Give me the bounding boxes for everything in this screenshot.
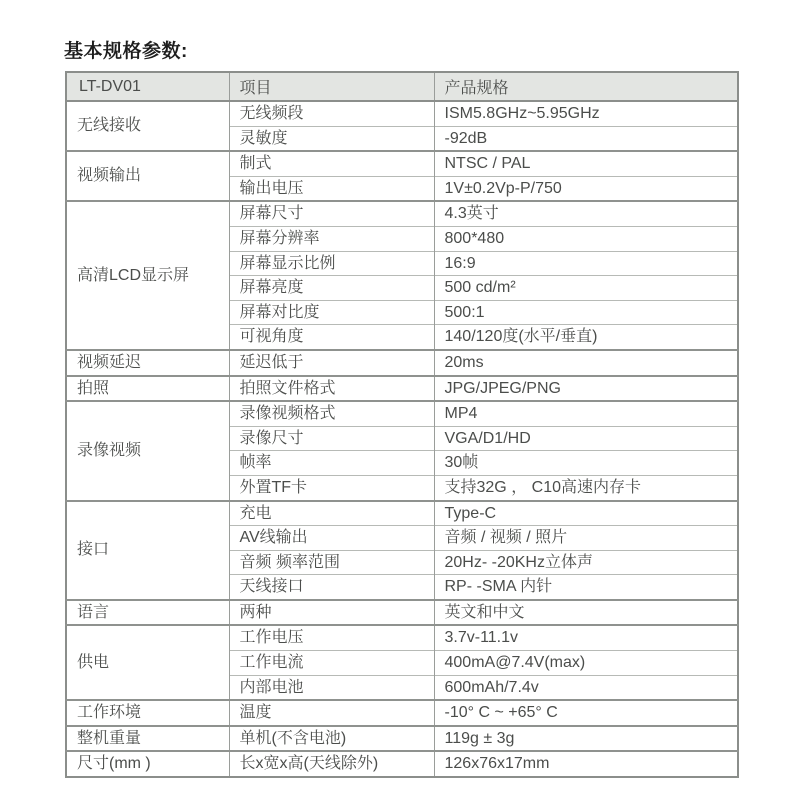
table-row: 供电 工作电压 3.7v-11.1v [66, 625, 738, 650]
spec-cell: JPG/JPEG/PNG [434, 376, 738, 402]
item-cell: 可视角度 [229, 325, 434, 350]
spec-cell: 800*480 [434, 226, 738, 251]
item-cell: AV线输出 [229, 526, 434, 551]
spec-page: 基本规格参数: LT-DV01 项目 产品规格 无线接收 无线频段 ISM5.8… [0, 0, 800, 800]
item-cell: 外置TF卡 [229, 475, 434, 500]
table-row: 视频输出 制式 NTSC / PAL [66, 151, 738, 176]
item-cell: 温度 [229, 700, 434, 726]
table-row: 拍照 拍照文件格式 JPG/JPEG/PNG [66, 376, 738, 402]
spec-cell: 3.7v-11.1v [434, 625, 738, 650]
header-row: LT-DV01 项目 产品规格 [66, 72, 738, 101]
group-label: 视频输出 [66, 151, 229, 201]
table-row: 接口 充电 Type-C [66, 501, 738, 526]
table-row: 视频延迟 延迟低于 20ms [66, 350, 738, 376]
item-cell: 内部电池 [229, 675, 434, 700]
item-cell: 工作电压 [229, 625, 434, 650]
spec-cell: NTSC / PAL [434, 151, 738, 176]
spec-cell: 500:1 [434, 300, 738, 325]
table-row: 录像视频 录像视频格式 MP4 [66, 401, 738, 426]
table-row: 无线接收 无线频段 ISM5.8GHz~5.95GHz [66, 101, 738, 126]
item-cell: 帧率 [229, 451, 434, 476]
spec-group-weight: 整机重量 单机(不含电池) 119g ± 3g [66, 726, 738, 752]
item-cell: 单机(不含电池) [229, 726, 434, 752]
table-row: 语言 两种 英文和中文 [66, 600, 738, 626]
spec-cell: 140/120度(水平/垂直) [434, 325, 738, 350]
item-cell: 输出电压 [229, 176, 434, 201]
item-cell: 两种 [229, 600, 434, 626]
spec-cell: 20ms [434, 350, 738, 376]
spec-group-power: 供电 工作电压 3.7v-11.1v 工作电流 400mA@7.4V(max) … [66, 625, 738, 700]
item-cell: 音频 频率范围 [229, 550, 434, 575]
table-row: 工作环境 温度 -10° C ~ +65° C [66, 700, 738, 726]
spec-cell: 1V±0.2Vp-P/750 [434, 176, 738, 201]
spec-group-video-output: 视频输出 制式 NTSC / PAL 输出电压 1V±0.2Vp-P/750 [66, 151, 738, 201]
spec-cell: -10° C ~ +65° C [434, 700, 738, 726]
item-cell: 录像视频格式 [229, 401, 434, 426]
spec-group-interface: 接口 充电 Type-C AV线输出 音频 / 视频 / 照片 音频 频率范围 … [66, 501, 738, 600]
spec-cell: Type-C [434, 501, 738, 526]
spec-group-video-delay: 视频延迟 延迟低于 20ms [66, 350, 738, 376]
spec-cell: 126x76x17mm [434, 751, 738, 777]
header-model: LT-DV01 [66, 72, 229, 101]
group-label: 高清LCD显示屏 [66, 201, 229, 350]
group-label: 录像视频 [66, 401, 229, 500]
table-header: LT-DV01 项目 产品规格 [66, 72, 738, 101]
spec-group-language: 语言 两种 英文和中文 [66, 600, 738, 626]
spec-cell: MP4 [434, 401, 738, 426]
spec-cell: 4.3英寸 [434, 201, 738, 226]
item-cell: 长x宽x高(天线除外) [229, 751, 434, 777]
spec-group-recording: 录像视频 录像视频格式 MP4 录像尺寸 VGA/D1/HD 帧率 30帧 外置… [66, 401, 738, 500]
spec-cell: 30帧 [434, 451, 738, 476]
group-label: 接口 [66, 501, 229, 600]
item-cell: 天线接口 [229, 575, 434, 600]
item-cell: 屏幕分辨率 [229, 226, 434, 251]
table-row: 高清LCD显示屏 屏幕尺寸 4.3英寸 [66, 201, 738, 226]
spec-cell: 16:9 [434, 251, 738, 276]
item-cell: 充电 [229, 501, 434, 526]
group-label: 供电 [66, 625, 229, 700]
spec-cell: -92dB [434, 126, 738, 151]
item-cell: 灵敏度 [229, 126, 434, 151]
spec-cell: 500 cd/m² [434, 276, 738, 301]
spec-group-wireless: 无线接收 无线频段 ISM5.8GHz~5.95GHz 灵敏度 -92dB [66, 101, 738, 151]
spec-cell: ISM5.8GHz~5.95GHz [434, 101, 738, 126]
group-label: 语言 [66, 600, 229, 626]
spec-cell: 支持32G ， C10高速内存卡 [434, 475, 738, 500]
spec-cell: 20Hz- -20KHz立体声 [434, 550, 738, 575]
group-label: 视频延迟 [66, 350, 229, 376]
spec-cell: VGA/D1/HD [434, 426, 738, 451]
spec-group-photo: 拍照 拍照文件格式 JPG/JPEG/PNG [66, 376, 738, 402]
table-row: 尺寸(mm ) 长x宽x高(天线除外) 126x76x17mm [66, 751, 738, 777]
header-item: 项目 [229, 72, 434, 101]
item-cell: 制式 [229, 151, 434, 176]
item-cell: 屏幕亮度 [229, 276, 434, 301]
spec-cell: 英文和中文 [434, 600, 738, 626]
spec-group-dimensions: 尺寸(mm ) 长x宽x高(天线除外) 126x76x17mm [66, 751, 738, 777]
group-label: 尺寸(mm ) [66, 751, 229, 777]
item-cell: 工作电流 [229, 651, 434, 676]
item-cell: 屏幕显示比例 [229, 251, 434, 276]
group-label: 整机重量 [66, 726, 229, 752]
group-label: 拍照 [66, 376, 229, 402]
item-cell: 拍照文件格式 [229, 376, 434, 402]
group-label: 无线接收 [66, 101, 229, 151]
spec-cell: 音频 / 视频 / 照片 [434, 526, 738, 551]
spec-table: LT-DV01 项目 产品规格 无线接收 无线频段 ISM5.8GHz~5.95… [65, 71, 739, 778]
page-title: 基本规格参数: [64, 36, 188, 63]
spec-cell: 400mA@7.4V(max) [434, 651, 738, 676]
item-cell: 屏幕尺寸 [229, 201, 434, 226]
item-cell: 录像尺寸 [229, 426, 434, 451]
spec-group-environment: 工作环境 温度 -10° C ~ +65° C [66, 700, 738, 726]
item-cell: 无线频段 [229, 101, 434, 126]
spec-cell: 119g ± 3g [434, 726, 738, 752]
item-cell: 延迟低于 [229, 350, 434, 376]
spec-cell: RP- -SMA 内针 [434, 575, 738, 600]
header-spec: 产品规格 [434, 72, 738, 101]
item-cell: 屏幕对比度 [229, 300, 434, 325]
spec-group-lcd: 高清LCD显示屏 屏幕尺寸 4.3英寸 屏幕分辨率 800*480 屏幕显示比例… [66, 201, 738, 350]
spec-cell: 600mAh/7.4v [434, 675, 738, 700]
group-label: 工作环境 [66, 700, 229, 726]
table-row: 整机重量 单机(不含电池) 119g ± 3g [66, 726, 738, 752]
